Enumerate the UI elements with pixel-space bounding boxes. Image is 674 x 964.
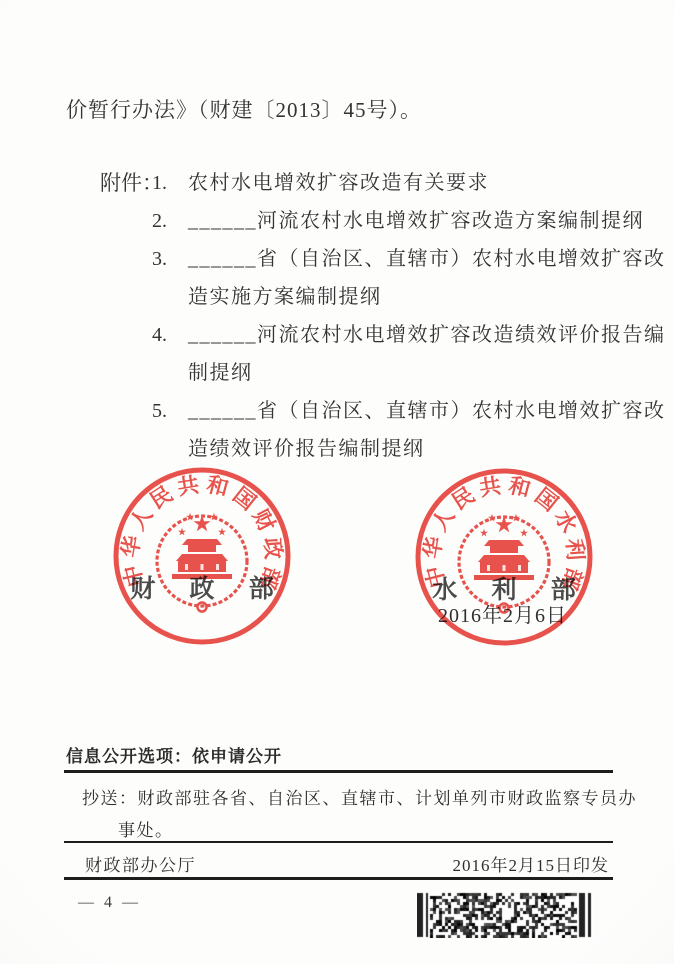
attachment-text: 制提纲: [188, 354, 666, 392]
attachment-number: 4.: [152, 316, 188, 392]
page-number: — 4 —: [78, 894, 141, 912]
attachments-block: 附件： 1. 农村水电增效扩容改造有关要求 2. ______河流农村水电增效扩…: [100, 164, 666, 468]
attachment-item: 4. ______河流农村水电增效扩容改造绩效评价报告编 制提纲: [152, 316, 666, 392]
attachment-text: 农村水电增效扩容改造有关要求: [188, 164, 489, 202]
official-seal-water: 水 利 部 中华人民: [414, 467, 594, 647]
attachment-text: ______省（自治区、直辖市）农村水电增效扩容改: [188, 392, 666, 430]
intro-line: 价暂行办法》（财建〔2013〕45号）。: [66, 94, 422, 124]
attachment-text: 造绩效评价报告编制提纲: [188, 430, 666, 468]
attachments-list: 1. 农村水电增效扩容改造有关要求 2. ______河流农村水电增效扩容改造方…: [152, 164, 666, 468]
issuing-office: 财政部办公厅: [85, 851, 196, 876]
cc-line-2: 事处。: [118, 816, 174, 841]
attachment-item: 2. ______河流农村水电增效扩容改造方案编制提纲: [152, 202, 666, 240]
disclosure-option-line: 信息公开选项：依申请公开: [66, 742, 282, 767]
attachment-text: ______省（自治区、直辖市）农村水电增效扩容改: [188, 240, 666, 278]
red-seal-icon: 中华人民共和国水利部: [414, 467, 594, 647]
cc-line-1: 抄送：财政部驻各省、自治区、直辖市、计划单列市财政监察专员办: [82, 784, 637, 809]
attachment-text: ______河流农村水电增效扩容改造方案编制提纲: [188, 202, 644, 240]
attachment-text: ______河流农村水电增效扩容改造绩效评价报告编: [188, 316, 666, 354]
attachment-item: 1. 农村水电增效扩容改造有关要求: [152, 164, 666, 202]
official-seal-finance: 财 政 部: [112, 466, 292, 646]
attachment-text: 造实施方案编制提纲: [188, 278, 666, 316]
attachment-number: 5.: [152, 392, 188, 468]
red-seal-icon: 中华人民共和国财政部: [112, 466, 292, 646]
attachment-item: 3. ______省（自治区、直辖市）农村水电增效扩容改 造实施方案编制提纲: [152, 240, 666, 316]
print-date: 2016年2月15日印发: [453, 851, 610, 876]
barcode: [417, 892, 593, 938]
attachment-number: 2.: [152, 202, 188, 240]
scanned-document-page: 价暂行办法》（财建〔2013〕45号）。 附件： 1. 农村水电增效扩容改造有关…: [0, 0, 674, 964]
attachment-number: 3.: [152, 240, 188, 316]
attachment-item: 5. ______省（自治区、直辖市）农村水电增效扩容改 造绩效评价报告编制提纲: [152, 392, 666, 468]
attachments-label: 附件：: [100, 164, 163, 202]
horizontal-rule: [64, 770, 613, 773]
horizontal-rule: [64, 841, 613, 843]
horizontal-rule: [64, 877, 613, 880]
